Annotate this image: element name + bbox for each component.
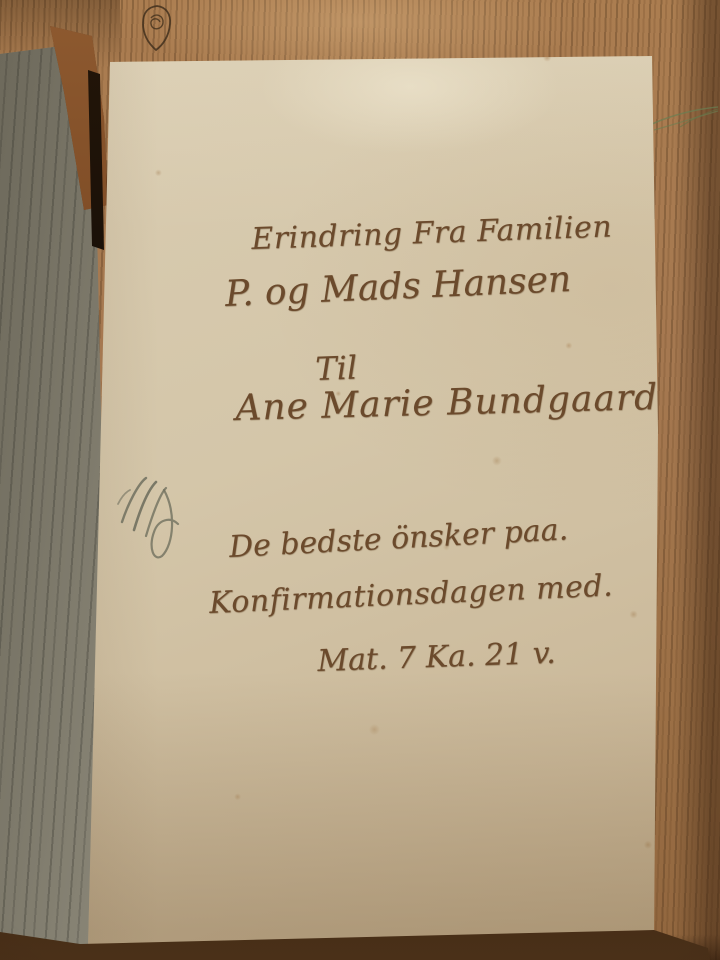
photo-canvas: Erindring Fra Familien P. og Mads Hansen… (0, 0, 720, 960)
wood-shading-right (674, 0, 720, 960)
green-pencil-mark (650, 100, 720, 136)
inscription-line-3: Til (315, 349, 358, 388)
pencil-scribble (116, 460, 220, 576)
flyleaf-page (0, 0, 720, 960)
ink-doodle-mark (134, 2, 180, 54)
